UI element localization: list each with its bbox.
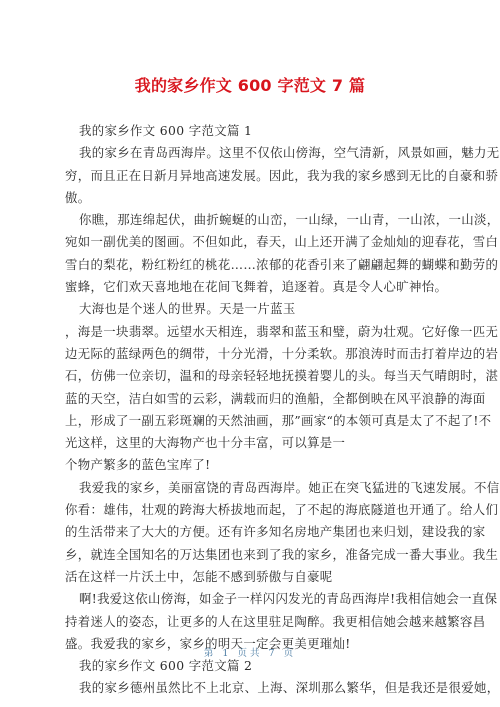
document-title: 我的家乡作文 600 字范文 7 篇 <box>0 73 500 96</box>
text-line: 我爱我的家乡，美丽富饶的青岛西海岸。她正在突飞猛进的飞速发展。不信 <box>65 477 425 499</box>
text-line: 傲。 <box>65 187 425 209</box>
text-line: 上，形成了一副五彩斑斓的天然油画，那”画家“的本领可真是太了不起了!不 <box>65 410 425 432</box>
text-line: 我的家乡德州虽然比不上北京、上海、深圳那么繁华，但是我还是很爱她， <box>65 677 425 699</box>
text-line: 光这样，这里的大海物产也十分丰富，可以算是一 <box>65 432 425 454</box>
text-line: 大海也是个迷人的世界。天是一片蓝玉 <box>65 298 425 320</box>
text-line: 你瞧，那连绵起伏，曲折蜿蜒的山峦，一山绿，一山青，一山浓，一山淡， <box>65 209 425 231</box>
text-line: 你看：雄伟，壮观的跨海大桥拔地而起，了不起的海底隧道也开通了。给人们 <box>65 499 425 521</box>
text-line: 我的家乡在青岛西海岸。这里不仅依山傍海，空气清新，风景如画，魅力无 <box>65 142 425 164</box>
text-line: 持着迷人的姿态，让更多的人在这里驻足陶醉。我更相信她会越来越繁容昌 <box>65 611 425 633</box>
text-line: 蓝的天空，洁白如雪的云彩，满载而归的渔船，全都倒映在风平浪静的海面 <box>65 388 425 410</box>
text-line: 乡，就连全国知名的万达集团也来到了我的家乡，准备完成一番大事业。我生 <box>65 544 425 566</box>
page-number-footer: 第 1 页共 7 页 <box>0 645 500 659</box>
document-body: 我的家乡作文 600 字范文篇 1 我的家乡在青岛西海岸。这里不仅依山傍海，空气… <box>65 120 425 700</box>
text-line: 边无际的蓝绿两色的绸带，十分光滑，十分柔软。那浪涛时而击打着岸边的岩 <box>65 343 425 365</box>
section-heading-1: 我的家乡作文 600 字范文篇 1 <box>65 120 425 142</box>
text-line: 个物产繁多的蓝色宝库了! <box>65 454 425 476</box>
text-line: 雪白的梨花，粉红粉红的桃花……浓郁的花香引来了翩翩起舞的蝴蝶和勤劳的 <box>65 254 425 276</box>
text-line: 的生活带来了大大的方便。还有许多知名房地产集团也来归划，建设我的家 <box>65 521 425 543</box>
text-line: 活在这样一片沃土中，怎能不感到骄傲与自豪呢 <box>65 566 425 588</box>
text-line: 石，仿佛一位亲切，温和的母亲轻轻地抚摸着婴儿的头。每当天气晴朗时，湛 <box>65 365 425 387</box>
text-line: 蜜蜂，它们欢天喜地地在花间飞舞着，追逐着。真是令人心旷神怡。 <box>65 276 425 298</box>
text-line: ，海是一块翡翠。远望水天相连，翡翠和蓝玉和璧，蔚为壮观。它好像一匹无 <box>65 321 425 343</box>
text-line: 啊!我爱这依山傍海，如金子一样闪闪发光的青岛西海岸!我相信她会一直保 <box>65 588 425 610</box>
text-line: 穷，而且正在日新月异地高速发展。因此，我为我的家乡感到无比的自豪和骄 <box>65 165 425 187</box>
text-line: 宛如一副优美的图画。不但如此，春天，山上还开满了金灿灿的迎春花，雪白 <box>65 231 425 253</box>
